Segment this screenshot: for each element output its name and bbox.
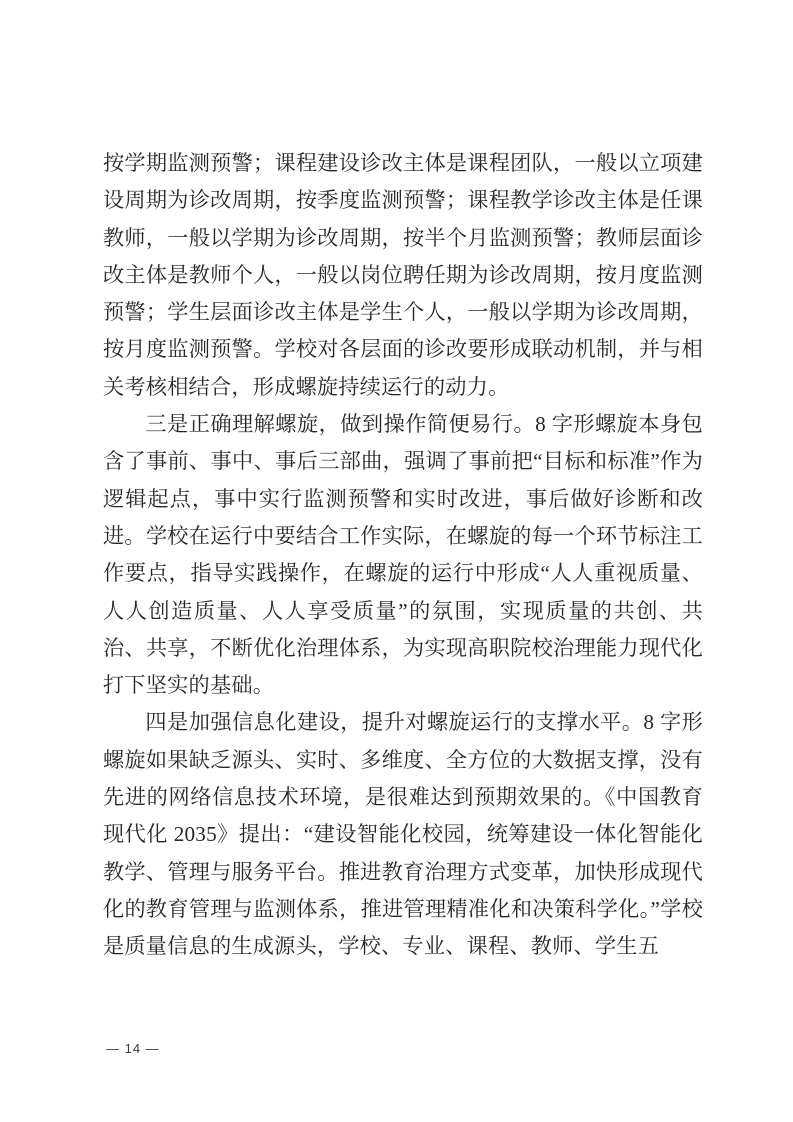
body-paragraph: 按学期监测预警；课程建设诊改主体是课程团队，一般以立项建设周期为诊改周期，按季度… [103,145,703,406]
body-paragraph: 四是加强信息化建设，提升对螺旋运行的支撑水平。8 字形螺旋如果缺乏源头、实时、多… [103,704,703,965]
body-paragraph: 三是正确理解螺旋，做到操作简便易行。8 字形螺旋本身包含了事前、事中、事后三部曲… [103,406,703,704]
document-page: 按学期监测预警；课程建设诊改主体是课程团队，一般以立项建设周期为诊改周期，按季度… [0,0,793,1122]
page-number: — 14 — [106,1040,160,1058]
body-text-block: 按学期监测预警；课程建设诊改主体是课程团队，一般以立项建设周期为诊改周期，按季度… [103,145,703,966]
